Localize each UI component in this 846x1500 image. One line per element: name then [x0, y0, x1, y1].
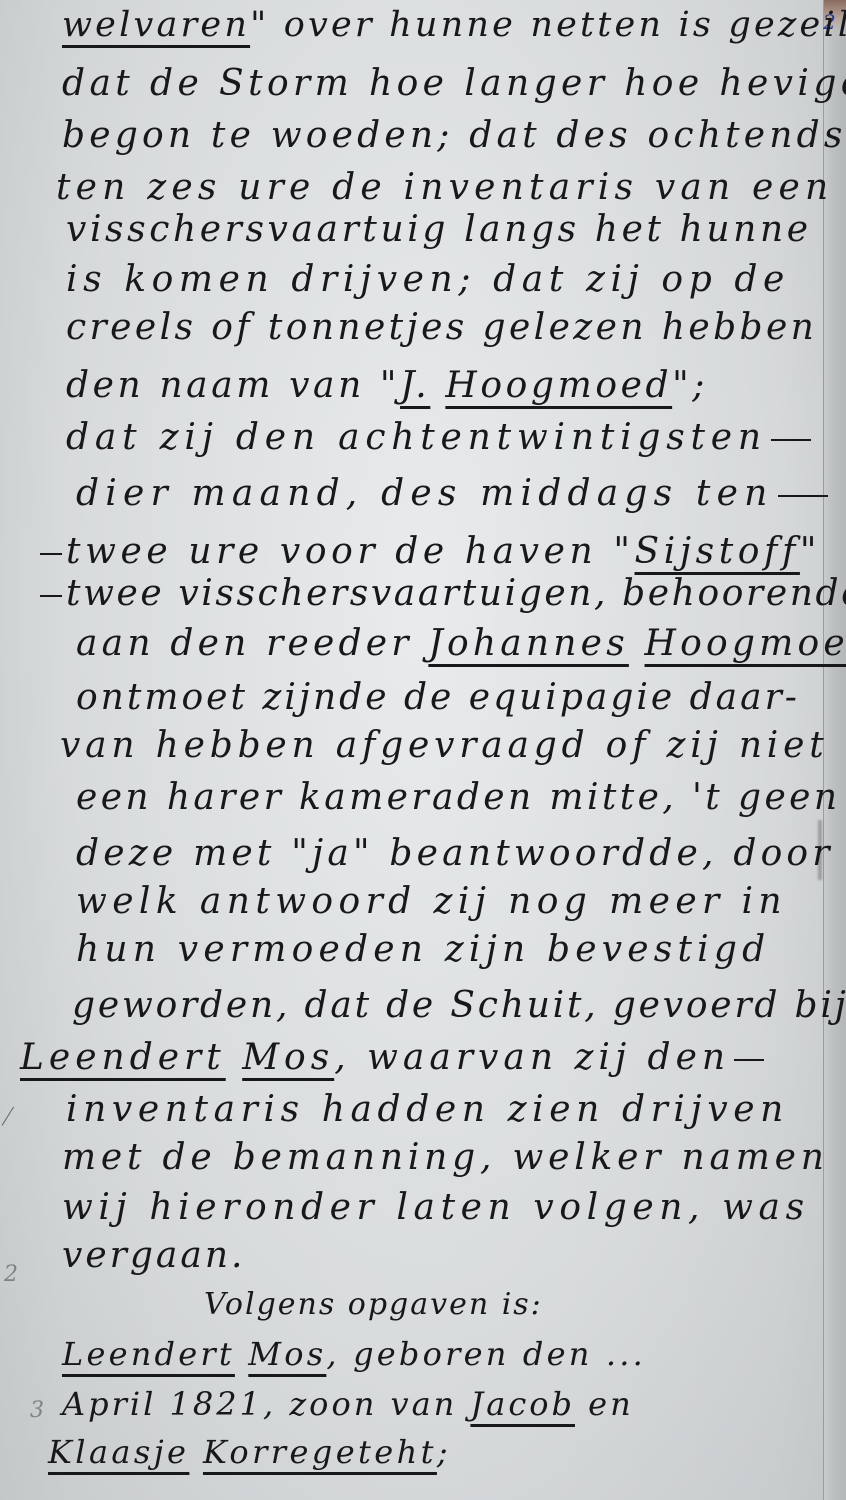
manuscript-page: 2 2 3 welvaren" over hunne netten is gez… [0, 0, 846, 1500]
handwritten-text-bottom [0, 0, 846, 1500]
